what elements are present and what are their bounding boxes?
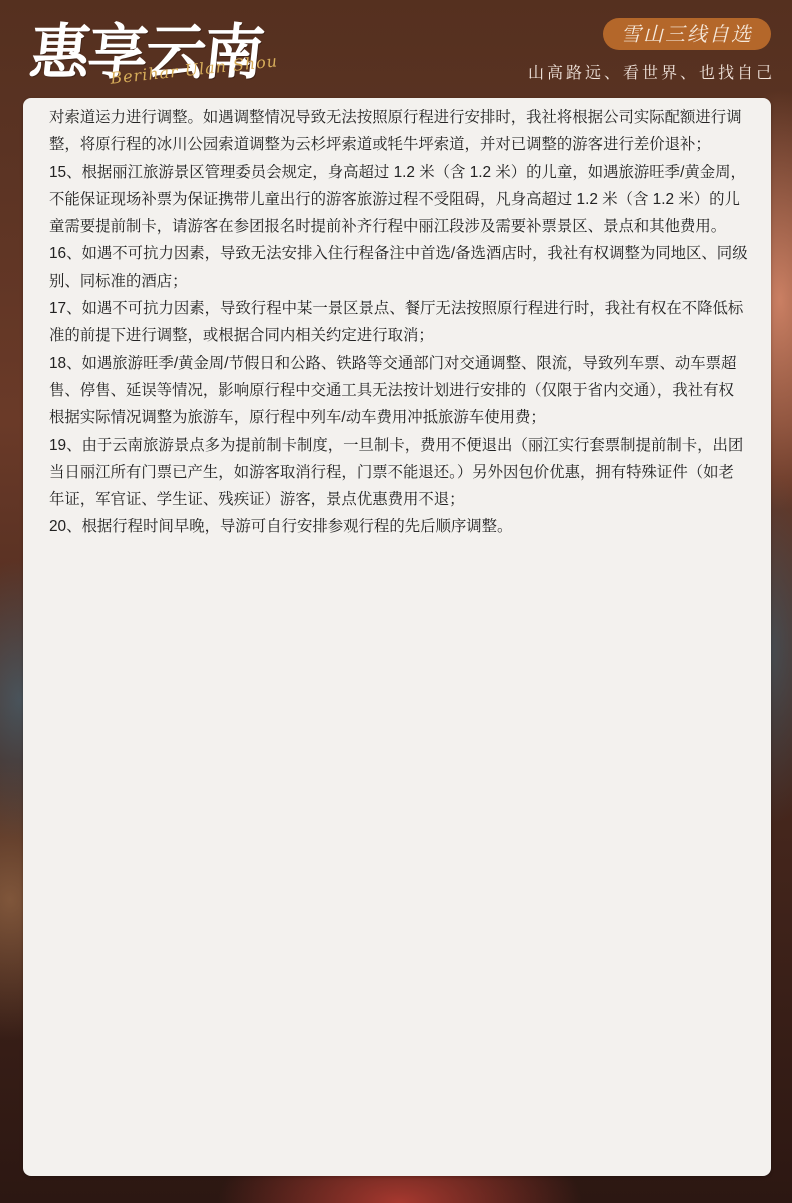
notes-card: 对索道运力进行调整。如遇调整情况导致无法按照原行程进行安排时，我社将根据公司实际…	[23, 98, 771, 1176]
note-paragraph: 对索道运力进行调整。如遇调整情况导致无法按照原行程进行安排时，我社将根据公司实际…	[49, 104, 749, 159]
note-paragraph: 17、如遇不可抗力因素，导致行程中某一景区景点、餐厅无法按照原行程进行时，我社有…	[49, 295, 749, 350]
notes-content: 对索道运力进行调整。如遇调整情况导致无法按照原行程进行安排时，我社将根据公司实际…	[49, 104, 749, 541]
route-badge: 雪山三线自选	[603, 18, 771, 50]
slogan: 山高路远、看世界、也找自己	[528, 60, 778, 83]
header-banner: 惠享云南 Berihar Ulan Shou 雪山三线自选 山高路远、看世界、也…	[0, 0, 792, 96]
note-paragraph: 20、根据行程时间早晚，导游可自行安排参观行程的先后顺序调整。	[49, 513, 749, 540]
note-paragraph: 16、如遇不可抗力因素，导致无法安排入住行程备注中首选/备选酒店时，我社有权调整…	[49, 240, 749, 295]
note-paragraph: 19、由于云南旅游景点多为提前制卡制度，一旦制卡，费用不便退出（丽江实行套票制提…	[49, 432, 749, 514]
note-paragraph: 15、根据丽江旅游景区管理委员会规定，身高超过 1.2 米（含 1.2 米）的儿…	[49, 159, 749, 241]
note-paragraph: 18、如遇旅游旺季/黄金周/节假日和公路、铁路等交通部门对交通调整、限流，导致列…	[49, 350, 749, 432]
